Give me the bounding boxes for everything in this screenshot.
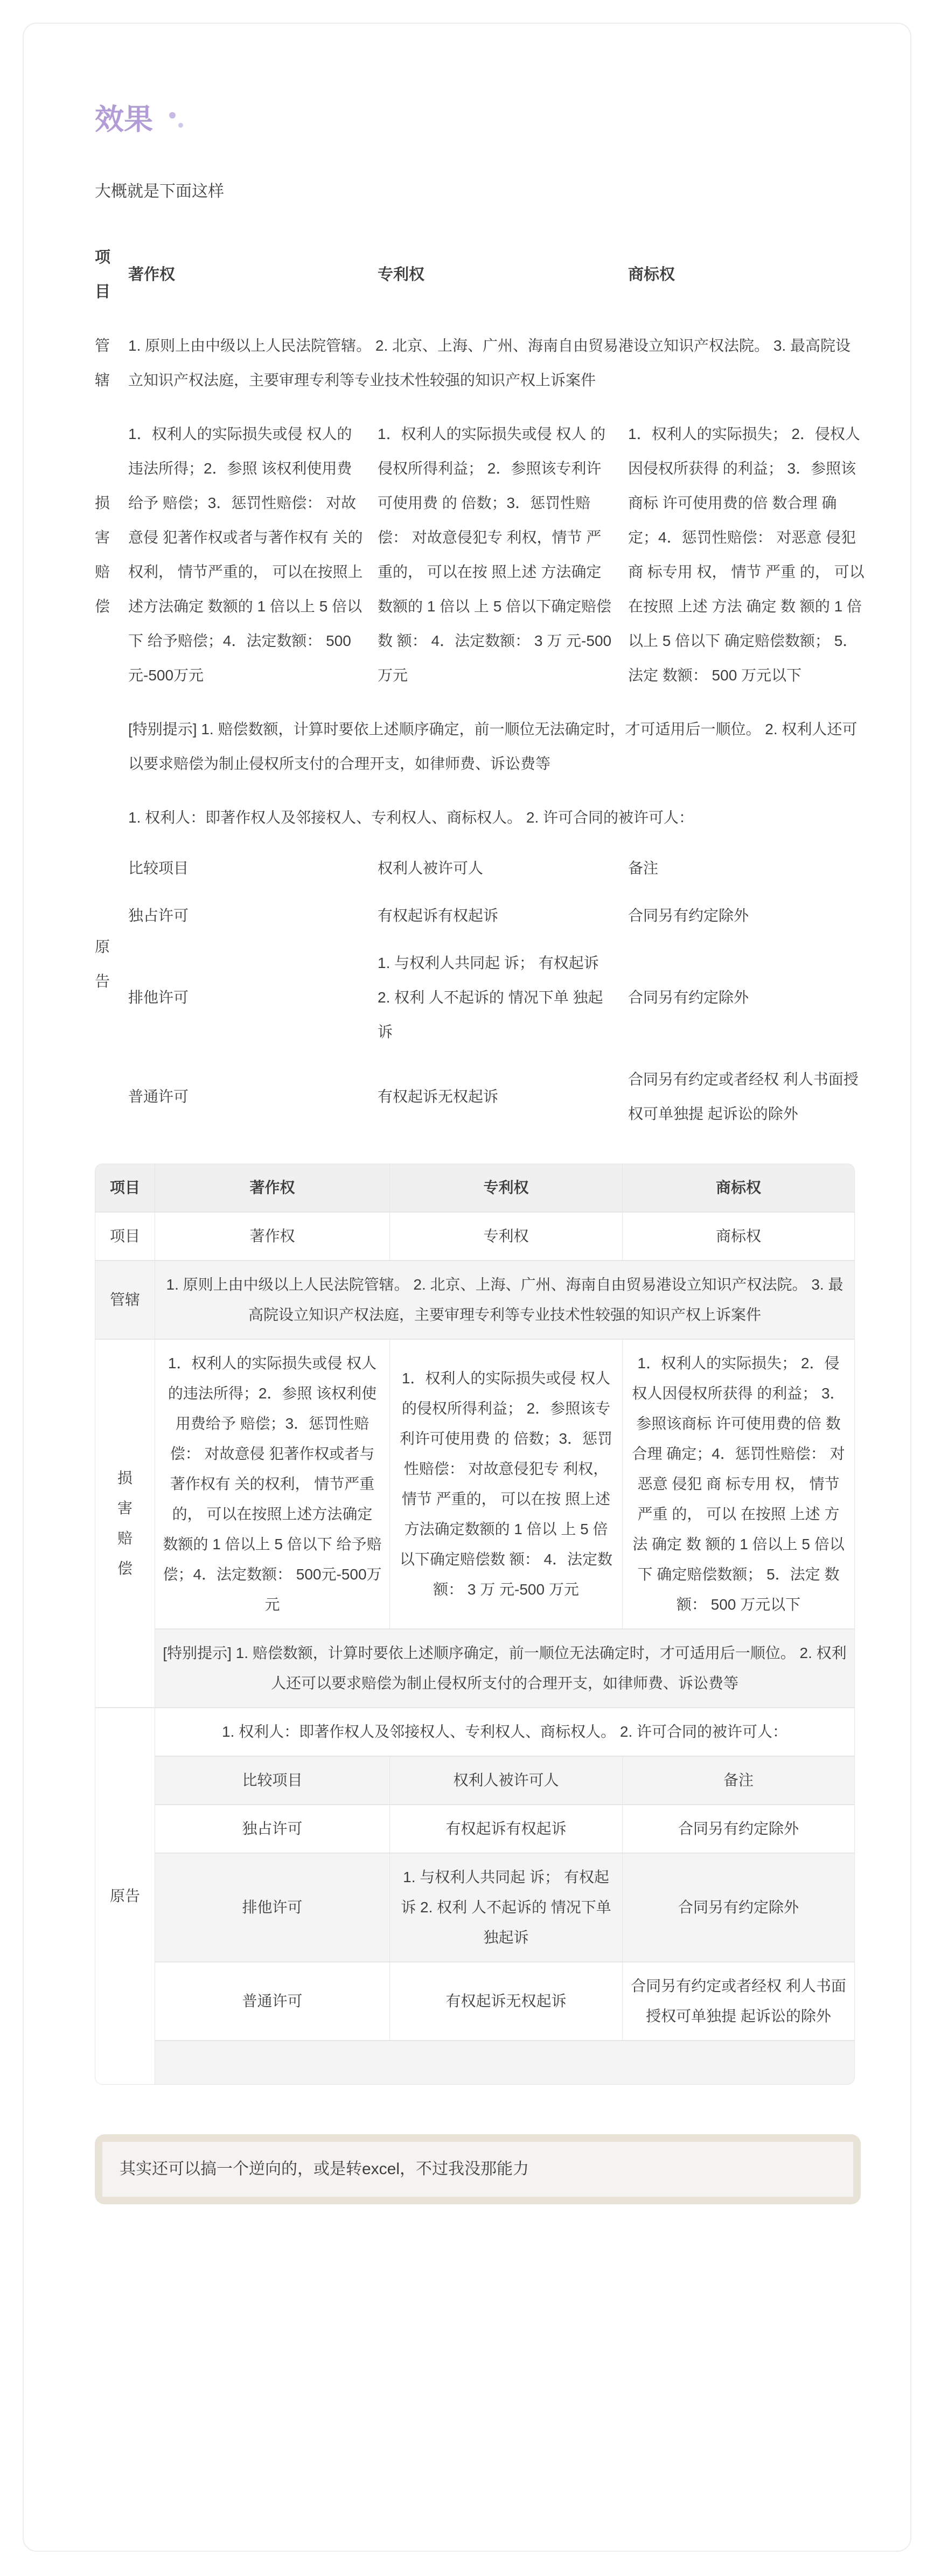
styled-damages-copyright: 1．权利人的实际损失或侵 权人的违法所得；2．参照 该权利使用费给予 赔偿；3．… — [155, 1340, 389, 1628]
styled-license-exclusive-label: 独占许可 — [155, 1805, 389, 1853]
note-text: 其实还可以搞一个逆向的，或是转excel，不过我没那能力 — [102, 2142, 853, 2197]
styled-license-sole-label: 排他许可 — [155, 1854, 389, 1961]
styled-row-trademark: 商标权 — [623, 1213, 854, 1260]
plain-license-ordinary-remark: 合同另有约定或者经权 利人书面授权可单独提 起诉讼的除外 — [628, 1056, 879, 1138]
plain-damages-note: [特别提示] 1. 赔偿数额，计算时要依上述顺序确定，前一顺位无法确定时，才可适… — [128, 702, 879, 791]
section-heading: 效果 — [95, 103, 153, 136]
styled-damages-patent: 1．权利人的实际损失或侵 权人 的侵权所得利益； 2．参照该专利许可使用费 的 … — [390, 1340, 622, 1628]
styled-row-copyright: 著作权 — [155, 1213, 389, 1260]
plain-table: 项 目 著作权 专利权 商标权 管 辖 1. 原则上由中级以上人民法院管辖。 2… — [95, 231, 879, 1138]
plain-damages-copyright: 1．权利人的实际损失或侵 权人的违法所得；2．参照 该权利使用费给予 赔偿；3．… — [128, 407, 378, 702]
styled-license-exclusive-remark: 合同另有约定除外 — [623, 1805, 854, 1853]
plain-license-sole-remark: 合同另有约定除外 — [628, 974, 879, 1021]
plain-damages-label: 损 害 赔 偿 — [95, 486, 128, 624]
styled-header-copyright: 著作权 — [155, 1164, 389, 1212]
intro-text: 大概就是下面这样 — [95, 181, 879, 203]
plain-damages-trademark: 1．权利人的实际损失； 2．侵权人因侵权所获得 的利益； 3．参照该商标 许可使… — [628, 407, 879, 702]
plain-license-exclusive-label: 独占许可 — [128, 892, 378, 939]
styled-plaintiff-intro: 1. 权利人：即著作权人及邻接权人、专利权人、商标权人。 2. 许可合同的被许可… — [155, 1708, 854, 1756]
styled-header-item: 项目 — [95, 1164, 155, 1212]
styled-license-header-licensee: 权利人被许可人 — [390, 1757, 622, 1804]
styled-damages-trademark: 1．权利人的实际损失； 2．侵权人因侵权所获得 的利益； 3．参照该商标 许可使… — [623, 1340, 854, 1628]
styled-license-header-remark: 备注 — [623, 1757, 854, 1804]
styled-license-sole-remark: 合同另有约定除外 — [623, 1854, 854, 1961]
plain-jurisdiction-text: 1. 原则上由中级以上人民法院管辖。 2. 北京、上海、广州、海南自由贸易港设立… — [128, 319, 879, 407]
plain-license-exclusive-licensee: 有权起诉有权起诉 — [378, 892, 628, 939]
plain-license-exclusive-remark: 合同另有约定除外 — [628, 892, 879, 939]
styled-row-item: 项目 — [95, 1213, 155, 1260]
styled-table-wrap: 项目 著作权 专利权 商标权 项目 著作权 专利权 商标权 管辖 1. 原则上由… — [95, 1164, 879, 2085]
plain-jurisdiction-label: 管 辖 — [95, 329, 128, 398]
styled-license-header-compare: 比较项目 — [155, 1757, 389, 1804]
styled-jurisdiction-label: 管辖 — [95, 1261, 155, 1339]
styled-damages-note: [特别提示] 1. 赔偿数额，计算时要依上述顺序确定，前一顺位无法确定时，才可适… — [155, 1630, 854, 1707]
plain-license-ordinary-label: 普通许可 — [128, 1073, 378, 1120]
plain-license-header-remark: 备注 — [628, 845, 879, 892]
plain-license-header-licensee: 权利人被许可人 — [378, 845, 628, 892]
styled-header-trademark: 商标权 — [623, 1164, 854, 1212]
styled-empty-row — [155, 2041, 854, 2084]
plain-header-copyright: 著作权 — [128, 248, 378, 302]
plain-damages-patent: 1．权利人的实际损失或侵 权人 的侵权所得利益； 2．参照该专利许可使用费 的 … — [378, 407, 628, 702]
heading-dot-small-icon — [178, 123, 183, 128]
styled-header-patent: 专利权 — [390, 1164, 622, 1212]
plain-license-ordinary-licensee: 有权起诉无权起诉 — [378, 1073, 628, 1120]
heading-dot-large-icon — [169, 112, 176, 119]
plain-plaintiff-label: 原 告 — [95, 930, 128, 999]
plain-header-item: 项 目 — [95, 231, 128, 319]
styled-license-exclusive-licensee: 有权起诉有权起诉 — [390, 1805, 622, 1853]
styled-jurisdiction-text: 1. 原则上由中级以上人民法院管辖。 2. 北京、上海、广州、海南自由贸易港设立… — [155, 1261, 854, 1339]
plain-license-table: 比较项目 权利人被许可人 备注 独占许可 有权起诉有权起诉 合同另有约定除外 排… — [128, 845, 879, 1138]
styled-row-patent: 专利权 — [390, 1213, 622, 1260]
page-card: 效果 大概就是下面这样 项 目 著作权 专利权 商标权 管 辖 1. 原则上由中… — [23, 23, 911, 2552]
styled-license-ordinary-label: 普通许可 — [155, 1962, 389, 2040]
styled-damages-label: 损 害 赔 偿 — [95, 1340, 155, 1707]
plain-license-header-compare: 比较项目 — [128, 845, 378, 892]
styled-table: 项目 著作权 专利权 商标权 项目 著作权 专利权 商标权 管辖 1. 原则上由… — [95, 1164, 855, 2085]
styled-plaintiff-label: 原告 — [95, 1708, 155, 2084]
plain-plaintiff-group: 1. 权利人：即著作权人及邻接权人、专利权人、商标权人。 2. 许可合同的被许可… — [128, 791, 879, 1138]
plain-license-sole-label: 排他许可 — [128, 974, 378, 1021]
styled-license-ordinary-licensee: 有权起诉无权起诉 — [390, 1962, 622, 2040]
styled-license-ordinary-remark: 合同另有约定或者经权 利人书面授权可单独提 起诉讼的除外 — [623, 1962, 854, 2040]
plain-header-trademark: 商标权 — [628, 248, 879, 302]
section-heading-text: 效果 — [95, 103, 153, 136]
plain-plaintiff-intro: 1. 权利人：即著作权人及邻接权人、专利权人、商标权人。 2. 许可合同的被许可… — [128, 791, 879, 845]
note-callout: 其实还可以搞一个逆向的，或是转excel，不过我没那能力 — [95, 2134, 861, 2204]
plain-header-patent: 专利权 — [378, 248, 628, 302]
plain-license-sole-licensee: 1. 与权利人共同起 诉； 有权起诉 2. 权利 人不起诉的 情况下单 独起诉 — [378, 939, 628, 1056]
styled-license-sole-licensee: 1. 与权利人共同起 诉； 有权起诉 2. 权利 人不起诉的 情况下单 独起诉 — [390, 1854, 622, 1961]
